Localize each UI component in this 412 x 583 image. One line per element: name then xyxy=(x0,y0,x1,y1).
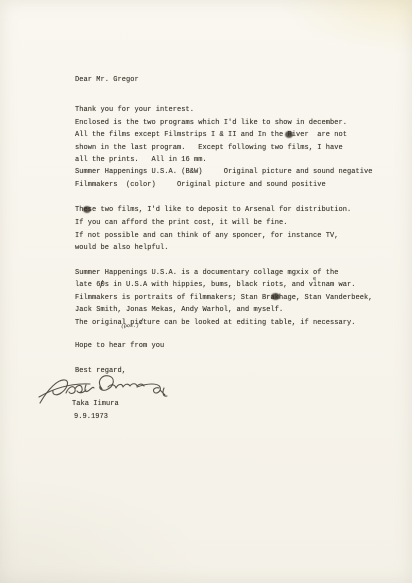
film-listing-line: Filmmakers (color) Original picture and … xyxy=(75,181,326,189)
overstrike-smudge-brakhage xyxy=(271,293,280,300)
body-line: These two films, I'd like to deposit to … xyxy=(75,206,351,214)
body-line: If not possible and can think of any spo… xyxy=(75,232,339,240)
closing-hope-line: Hope to hear from you xyxy=(75,342,164,350)
signature-typed-name: Taka Iimura xyxy=(72,400,119,408)
body-line: shown in the last program. Except follow… xyxy=(75,144,343,152)
salutation-line: Dear Mr. Gregor xyxy=(75,76,139,84)
body-line: All the films except Filmstrips I & II a… xyxy=(75,131,347,139)
insertion-note-pos: (pos.) xyxy=(121,322,139,329)
body-line: Summer Happenings U.S.A. is a documentar… xyxy=(75,269,339,277)
body-line: Jack Smith, Jonas Mekas, Andy Warhol, an… xyxy=(75,306,283,314)
body-line: Filmmakers is portraits of filmmakers; S… xyxy=(75,294,373,302)
body-line: The original picture can be looked at ed… xyxy=(75,319,356,327)
body-line: all the prints. All in 16 mm. xyxy=(75,156,207,164)
body-line: Enclosed is the two programs which I'd l… xyxy=(75,119,347,127)
body-line: late 60s in U.S.A with hippies, bums, bl… xyxy=(75,281,356,289)
body-line: Thank you for your interest. xyxy=(75,106,194,114)
body-line: If you can afford the print cost, it wil… xyxy=(75,219,288,227)
date-line: 9.9.1973 xyxy=(74,413,108,421)
overstrike-smudge-these xyxy=(83,206,91,213)
film-listing-line: Summer Happenings U.S.A. (B&W) Original … xyxy=(75,168,373,176)
superscript-correction-e: e xyxy=(313,276,316,282)
overstrike-smudge-river xyxy=(285,131,293,138)
letter-page: Dear Mr. Gregor Thank you for your inter… xyxy=(0,0,412,583)
body-line: would be also helpful. xyxy=(75,244,169,252)
